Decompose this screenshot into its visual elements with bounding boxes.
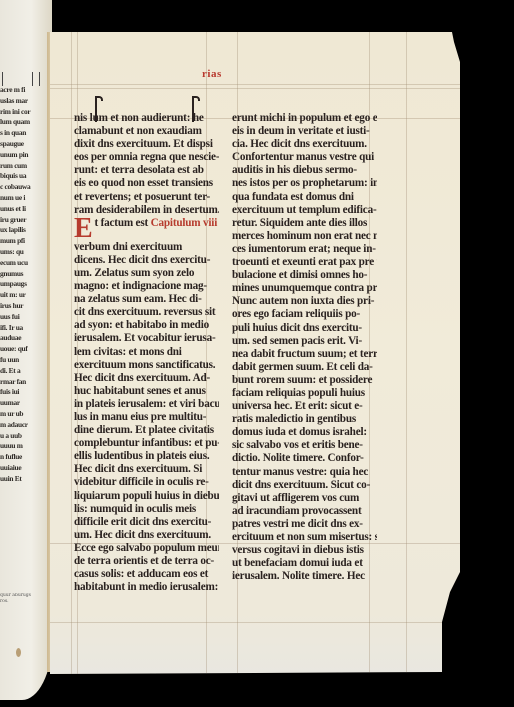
text-line: mines unumquemque contra proximum suum.: [232, 282, 377, 295]
text-line: gnumus: [0, 269, 48, 280]
text-line: gitavi ut affligerem vos cum: [232, 492, 377, 505]
text-line: acre m fi: [0, 85, 48, 96]
text-line: mum pfi: [0, 236, 48, 247]
text-line: bunt rorem suum: et possidere: [232, 374, 377, 387]
text-line: cit dns exercituum. reversus sit: [74, 306, 219, 319]
text-line: n fuflue: [0, 452, 48, 463]
running-head: rias: [202, 68, 222, 80]
text-line: de terra orientis et de terra oc-: [74, 555, 219, 568]
text-line: fuis iui: [0, 387, 48, 398]
paper-stain: [16, 648, 21, 657]
text-line: spaugue: [0, 139, 48, 150]
text-line: dixit dns exercituum. Et dispsi: [74, 138, 219, 151]
text-line: dine dierum. Et platee civitatis: [74, 424, 219, 437]
left-text-column: nis lum et non audierunt: heclamabunt et…: [74, 112, 219, 594]
text-line: ierusalem. Et vocabitur ierusa-: [74, 332, 219, 345]
text-line: na zelatus sum eam. Hec di-: [74, 293, 219, 306]
text-line: di. Et a: [0, 366, 48, 377]
text-line: exercituum ut templum edifica-: [232, 204, 377, 217]
text-line: um. sed semen pacis erit. Vi-: [232, 335, 377, 348]
text-line: ratis maledictio in gentibus: [232, 413, 377, 426]
text-line: lus in manu eius pre multitu-: [74, 411, 219, 424]
text-line: cia. Hec dicit dns exercituum.: [232, 138, 377, 151]
ruling-line: [406, 32, 407, 674]
text-line: ierusalem. Nolite timere. Hec: [232, 570, 377, 583]
text-line: domus iuda et domus israhel:: [232, 426, 377, 439]
right-page: rias nis lum et non audierunt: heclamabu…: [50, 32, 462, 674]
text-line: biquis ua: [0, 171, 48, 182]
text-line: nes istos per os prophetarum: in die: [232, 177, 377, 190]
text-line: patres vestri me dicit dns ex-: [232, 518, 377, 531]
left-page: acre m fiuslas marrim ini corlum quams i…: [0, 0, 52, 700]
text-line: fu uun: [0, 355, 48, 366]
text-line: uit m: ur: [0, 290, 48, 301]
text-line: troeunti et exeunti erat pax pre tri-: [232, 256, 377, 269]
text-line: um. Hec dicit dns exercituum.: [74, 529, 219, 542]
text-line: sic salvabo vos et eritis bene-: [232, 439, 377, 452]
text-line: iru gruer: [0, 215, 48, 226]
text-line: verbum dni exercituum: [74, 241, 219, 254]
text-line: rim ini cor: [0, 107, 48, 118]
text-line: ercituum et non sum misertus: sic con-: [232, 531, 377, 544]
text-line: versus cogitavi in diebus istis: [232, 544, 377, 557]
text-line: nea dabit fructum suum; et terra: [232, 348, 377, 361]
text-line: ad syon: et habitabo in medio: [74, 319, 219, 332]
text-line: runt: et terra desolata est ab: [74, 164, 219, 177]
text-line: ram desiderabilem in desertum.: [74, 204, 219, 217]
text-line: lis: numquid in oculis meis: [74, 503, 219, 516]
text-line: videbitur difficile in oculis re-: [74, 476, 219, 489]
left-page-footer: quur aburugs ros.: [0, 593, 50, 605]
text-line: ad iracundiam provocassent: [232, 505, 377, 518]
text-line: uoue: quf: [0, 344, 48, 355]
text-line: unus et li: [0, 204, 48, 215]
ascender-mark: [2, 72, 3, 86]
text-line: u a uub: [0, 431, 48, 442]
text-line: ecum ucu: [0, 258, 48, 269]
ascender-mark: [39, 72, 40, 86]
text-line: ux lapilis: [0, 225, 48, 236]
text-line: dicit dns exercituum. Sicut co-: [232, 479, 377, 492]
text-line: Nunc autem non iuxta dies pri-: [232, 295, 377, 308]
text-line: ifi. Ir ua: [0, 323, 48, 334]
ruling-line: [71, 32, 72, 674]
text-line: uuuu m: [0, 441, 48, 452]
text-line: exercituum mons sanctificatus.: [74, 359, 219, 372]
text-line: auditis in his diebus sermo-: [232, 164, 377, 177]
text-line: erunt michi in populum et ego ero: [232, 112, 377, 125]
rubricated-initial: E: [74, 217, 92, 241]
text-line: magno: et indignacione mag-: [74, 280, 219, 293]
text-line: auduae: [0, 333, 48, 344]
text-line: unum pin: [0, 150, 48, 161]
left-page-text: acre m fiuslas marrim ini corlum quams i…: [0, 85, 48, 484]
ruling-line: [50, 84, 460, 85]
text-line: dicens. Hec dicit dns exercitu-: [74, 254, 219, 267]
right-text-column: erunt michi in populum et ego eroeis in …: [232, 112, 377, 583]
ascender-mark: [32, 72, 33, 86]
text-line: nis lum et non audierunt: he: [74, 112, 219, 125]
text-line: in plateis ierusalem: et viri bacu-: [74, 398, 219, 411]
text-line: Hec dicit dns exercituum. Si: [74, 463, 219, 476]
text-line: eos per omnia regna que nescie-: [74, 151, 219, 164]
text-line: Ecce ego salvabo populum meum: [74, 542, 219, 555]
text-line: m ur ub: [0, 409, 48, 420]
text-line: puli huius dicit dns exercitu-: [232, 322, 377, 335]
text-line: merces hominum non erat nec mer-: [232, 230, 377, 243]
text-line: universa hec. Et erit: sicut e-: [232, 400, 377, 413]
text-line: eis eo quod non esset transiens: [74, 177, 219, 190]
text-line: lum quam: [0, 117, 48, 128]
text-line: qua fundata est domus dni: [232, 191, 377, 204]
text-line: dabit germen suum. Et celi da-: [232, 361, 377, 374]
text-line: Confortentur manus vestre qui: [232, 151, 377, 164]
ruling-line: [50, 622, 460, 623]
text-line: liquiarum populi huius in diebus il-: [74, 490, 219, 503]
text-line: rmar fan: [0, 377, 48, 388]
text-line: Et factum est Capitulum viii: [74, 217, 219, 241]
text-line: et revertens; et posuerunt ter-: [74, 191, 219, 204]
ruling-line: [50, 88, 460, 89]
text-line: irus hur: [0, 301, 48, 312]
text-line: tentur manus vestre: quia hec: [232, 466, 377, 479]
text-line: dictio. Nolite timere. Confor-: [232, 452, 377, 465]
text-line: rum cum: [0, 161, 48, 172]
chapter-label: Capitulum viii: [151, 217, 218, 229]
text-line: ut benefaciam domui iuda et: [232, 557, 377, 570]
text-line: complebuntur infantibus: et pu-: [74, 437, 219, 450]
text-line: uuiaiue: [0, 463, 48, 474]
text-line: m adaucr: [0, 420, 48, 431]
text-line: uumar: [0, 398, 48, 409]
text-line: retur. Siquidem ante dies illos: [232, 217, 377, 230]
text-line: casus solis: et adducam eos et: [74, 568, 219, 581]
text-line: bulacione et dimisi omnes ho-: [232, 269, 377, 282]
text-line: habitabunt in medio ierusalem: et: [74, 581, 219, 594]
text-line: s in quan: [0, 128, 48, 139]
text-line: faciam reliquias populi huius: [232, 387, 377, 400]
text-line: lem civitas: et mons dni: [74, 346, 219, 359]
text-line: c cobauwa: [0, 182, 48, 193]
text-line: ces iumentorum erat; neque in-: [232, 243, 377, 256]
text-line: clamabunt et non exaudiam: [74, 125, 219, 138]
text-line: difficile erit dicit dns exercitu-: [74, 516, 219, 529]
text-line: uuin Et: [0, 474, 48, 485]
text-line: num ue i: [0, 193, 48, 204]
text-line: uslas mar: [0, 96, 48, 107]
text-line: ellis ludentibus in plateis eius.: [74, 450, 219, 463]
text-line: umpaugs: [0, 279, 48, 290]
text-line: huc habitabunt senes et anus: [74, 385, 219, 398]
text-line: um. Zelatus sum syon zelo: [74, 267, 219, 280]
text-line: ores ego faciam reliquiis po-: [232, 308, 377, 321]
text-line: Hec dicit dns exercituum. Ad-: [74, 372, 219, 385]
text-line: uus fui: [0, 312, 48, 323]
text-line: eis in deum in veritate et iusti-: [232, 125, 377, 138]
text-line: ums: qu: [0, 247, 48, 258]
